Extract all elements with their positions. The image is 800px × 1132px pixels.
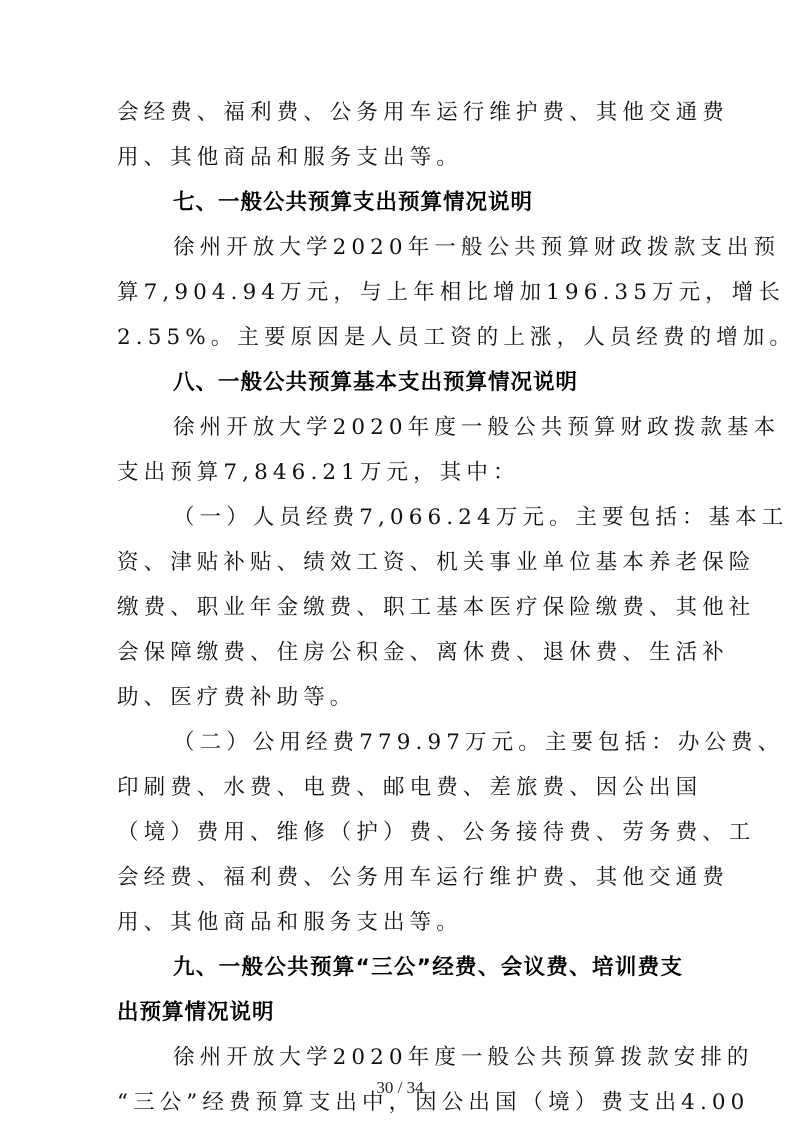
section-heading: 出预算情况说明 xyxy=(117,998,683,1028)
paragraph-line: 支出预算7,846.21万元，其中： xyxy=(117,458,683,488)
paragraph-line: （境）费用、维修（护）费、公务接待费、劳务费、工 xyxy=(117,818,683,848)
paragraph-line: 助、医疗费补助等。 xyxy=(117,683,683,713)
document-page: 会经费、福利费、公务用车运行维护费、其他交通费用、其他商品和服务支出等。七、一般… xyxy=(0,0,800,1132)
paragraph-line: 用、其他商品和服务支出等。 xyxy=(117,143,683,173)
paragraph-line: 会保障缴费、住房公积金、离休费、退休费、生活补 xyxy=(117,638,683,668)
paragraph-line: 会经费、福利费、公务用车运行维护费、其他交通费 xyxy=(117,98,683,128)
paragraph-line: 印刷费、水费、电费、邮电费、差旅费、因公出国 xyxy=(117,773,683,803)
paragraph-line: 2.55%。主要原因是人员工资的上涨，人员经费的增加。 xyxy=(117,323,683,353)
paragraph-line: （二）公用经费779.97万元。主要包括：办公费、 xyxy=(173,728,683,758)
paragraph-line: 会经费、福利费、公务用车运行维护费、其他交通费 xyxy=(117,863,683,893)
section-heading: 九、一般公共预算“三公”经费、会议费、培训费支 xyxy=(173,953,683,983)
paragraph-line: 算7,904.94万元，与上年相比增加196.35万元，增长 xyxy=(117,278,683,308)
paragraph-line: 资、津贴补贴、绩效工资、机关事业单位基本养老保险 xyxy=(117,548,683,578)
page-number: 30 / 34 xyxy=(0,1078,800,1098)
section-heading: 八、一般公共预算基本支出预算情况说明 xyxy=(173,368,683,398)
section-heading: 七、一般公共预算支出预算情况说明 xyxy=(173,188,683,218)
paragraph-line: 徐州开放大学2020年度一般公共预算财政拨款基本 xyxy=(173,413,683,443)
paragraph-line: 用、其他商品和服务支出等。 xyxy=(117,908,683,938)
paragraph-line: 徐州开放大学2020年一般公共预算财政拨款支出预 xyxy=(173,233,683,263)
paragraph-line: 缴费、职业年金缴费、职工基本医疗保险缴费、其他社 xyxy=(117,593,683,623)
paragraph-line: （一）人员经费7,066.24万元。主要包括：基本工 xyxy=(173,503,683,533)
paragraph-line: 徐州开放大学2020年度一般公共预算拨款安排的 xyxy=(173,1043,683,1073)
